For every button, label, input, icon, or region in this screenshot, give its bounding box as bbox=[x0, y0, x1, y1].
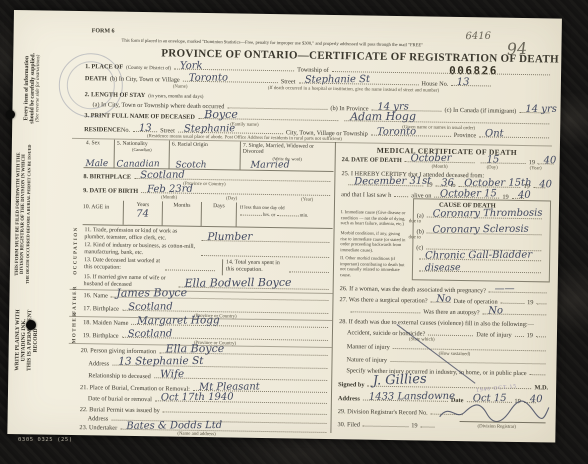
permit-address-label: Address bbox=[88, 415, 109, 422]
operation-condition-line bbox=[350, 311, 420, 313]
nineteen-prefix: 19 bbox=[411, 422, 417, 429]
city-label: (b) In City, Town or Village bbox=[110, 76, 180, 84]
last-worked-label: 13. Date deceased last worked at this oc… bbox=[84, 257, 162, 272]
age-months-cell: Months bbox=[163, 201, 202, 226]
trade-value: Plumber bbox=[207, 231, 252, 243]
other-conditions-note: II. Other morbid conditions (if importan… bbox=[340, 255, 406, 279]
total-years-label: 14. Total years spent in this occupation… bbox=[226, 259, 286, 274]
division-registrar-signature bbox=[438, 397, 550, 425]
nineteen-prefix: 19 bbox=[527, 332, 533, 339]
dob-value: Feb 23rd bbox=[147, 184, 193, 195]
given-name-value: Adam Hogg bbox=[350, 110, 416, 124]
residence-no-value: 13 bbox=[139, 123, 152, 134]
burial-date-value: Oct 17th 1940 bbox=[161, 392, 234, 404]
racial-origin-cell: 6. Racial Origin Scotch bbox=[170, 140, 241, 169]
field1-label: 1. PLACE OF bbox=[85, 63, 123, 71]
birthplace-value: Scotland bbox=[140, 170, 185, 181]
age-years-cell: Years 74 bbox=[123, 201, 163, 226]
due-to-label: due to bbox=[409, 219, 421, 224]
burial-date-label: Date of burial or removal bbox=[88, 395, 152, 403]
field1-label2: DEATH bbox=[85, 75, 107, 82]
age-note2: hrs. or bbox=[263, 213, 275, 218]
operation-value: No bbox=[436, 294, 451, 305]
grid-divider bbox=[222, 259, 223, 275]
margin-note-must-be-filed: THIS FORM MUST BE FILED FORTHWITH WITH T… bbox=[15, 138, 39, 290]
registrar-record-label: 29. Division Registrar's Record No. bbox=[338, 408, 428, 416]
residence-label: RESIDENCE bbox=[84, 126, 121, 134]
township-label: Township of bbox=[297, 66, 329, 73]
informant-address-label: Address bbox=[88, 360, 109, 367]
pregnancy-label: 26. If a woman, was the death associated… bbox=[340, 285, 486, 294]
nationality-cell: 5. Nationality (Canadian) Canadian bbox=[115, 140, 170, 169]
personal-grid: 4. Sex Male 5. Nationality (Canadian) Ca… bbox=[84, 139, 334, 172]
stay-canada-value: 14 yrs bbox=[525, 104, 557, 115]
industry-label: 12. Kind of industry or business, as cot… bbox=[84, 242, 198, 258]
dob-year-note: (Year) bbox=[301, 198, 313, 203]
residence-province-label: Province bbox=[454, 132, 476, 139]
cause-b-value: Coronary Sclerosis bbox=[433, 224, 529, 236]
death-year-value: 40 bbox=[544, 155, 557, 166]
punch-hole bbox=[6, 110, 15, 119]
punch-hole bbox=[26, 320, 36, 330]
undertaker-value: Bates & Dodds Ltd bbox=[126, 420, 222, 432]
undertaker-label: 23. Undertaker bbox=[79, 424, 117, 432]
cause-c-label: (c) bbox=[416, 244, 423, 251]
spouse-value: Ella Bodwell Boyce bbox=[185, 276, 292, 290]
father-birthplace-label: 17. Birthplace bbox=[83, 305, 119, 313]
injury-place-line bbox=[530, 374, 546, 375]
father-name-label: 16. Name bbox=[83, 292, 108, 299]
injury-date-label: Date of injury bbox=[476, 331, 511, 339]
autopsy-label: Was there an autopsy? bbox=[423, 308, 479, 316]
age-years-label: Years bbox=[137, 202, 150, 208]
racial-origin-label: 6. Racial Origin bbox=[172, 141, 208, 148]
injury-date-line bbox=[515, 336, 524, 337]
operation-label: 27. Was there a surgical operation? bbox=[339, 296, 427, 304]
age-note1: If less than one day old bbox=[240, 206, 285, 212]
nature-label: Nature of injury bbox=[346, 356, 387, 364]
morbid-conditions-note: Morbid conditions, if any, giving rise t… bbox=[340, 230, 406, 254]
margin-note-line: THE DEATH OCCURRED BEFORE A BURIAL PERMI… bbox=[25, 138, 32, 290]
family-name-value: Boyce bbox=[204, 108, 238, 121]
last-saw-label: and that I last saw h bbox=[341, 191, 391, 199]
permit-label: 22. Burial Permit was issued by bbox=[80, 406, 160, 414]
dod-month-note: (Month) bbox=[432, 165, 448, 170]
autopsy-value: No bbox=[488, 305, 503, 316]
age-note3: min. bbox=[300, 214, 309, 219]
occupation-side-label: OCCUPATION bbox=[73, 220, 79, 280]
age-grid: 10. AGE in Years 74 Months Days If less … bbox=[83, 200, 333, 229]
age-min-line bbox=[276, 215, 298, 216]
form-number-label: FORM 6 bbox=[92, 28, 115, 34]
physician-signature: J. Gillies bbox=[373, 372, 427, 389]
death-month-value: October bbox=[411, 153, 452, 164]
field3-label: 3. PRINT FULL NAME OF DECEASED bbox=[84, 112, 195, 121]
form-title: PROVINCE OF ONTARIO—CERTIFICATE OF REGIS… bbox=[161, 47, 559, 65]
dob-month-note: (Month) bbox=[161, 195, 177, 200]
sex-cell: 4. Sex Male bbox=[84, 139, 115, 167]
other-condition-value-2: disease bbox=[425, 262, 461, 273]
filed-label: 30. Filed bbox=[337, 421, 359, 428]
age-label: 10. AGE in bbox=[83, 200, 123, 225]
attended-from-year: 36 bbox=[441, 178, 454, 189]
microfilm-scan: { "film": { "code": "0305 0325 (25)", "p… bbox=[0, 0, 588, 464]
dob-label: 9. DATE OF BIRTH bbox=[83, 187, 138, 195]
nineteen-prefix: 19 bbox=[527, 299, 533, 306]
field2-label: 2. LENGTH OF STAY bbox=[85, 91, 146, 99]
marital-cell: 7. Single, Married, Widowed or Divorced … bbox=[241, 142, 334, 171]
nationality-label: 5. Nationality bbox=[117, 141, 148, 147]
trade-label: 11. Trade, profession or kind of work as… bbox=[84, 227, 198, 243]
city-value: Toronto bbox=[189, 72, 228, 83]
last-worked-line bbox=[165, 269, 215, 271]
name-note: (Name) bbox=[173, 85, 188, 90]
attended-to-value: October 15th bbox=[464, 178, 531, 190]
residence-city-value: Toronto bbox=[377, 126, 416, 137]
margin-note-line: (See reverse side for instructions) bbox=[35, 33, 42, 143]
birthplace-label: 8. BIRTHPLACE bbox=[83, 173, 131, 181]
undertaker-note: (Name and address) bbox=[177, 432, 215, 438]
age-days-cell: Days bbox=[202, 202, 237, 227]
field1-county-label: (County or District of) bbox=[126, 66, 171, 72]
death-certificate-form: Every item of information should be care… bbox=[7, 10, 562, 443]
total-years-line bbox=[289, 271, 329, 273]
stay-a-line bbox=[227, 107, 327, 110]
street-value: Stephanie St bbox=[304, 74, 369, 86]
margin-note-unfading-ink: WRITE PLAINLY WITH UNFADING INK. THIS IS… bbox=[14, 295, 47, 385]
mother-side-label: MOTHER bbox=[72, 307, 78, 347]
how-sustained-note: (How sustained) bbox=[439, 352, 471, 357]
residence-province-value: Ont bbox=[485, 128, 504, 139]
residence-street-value: Stephanie bbox=[184, 123, 235, 134]
informant-label: 20. Person giving information bbox=[81, 347, 157, 355]
attended-to-year: 40 bbox=[539, 179, 552, 190]
mother-name-label: 18. Maiden Name bbox=[83, 319, 128, 327]
house-no-value: 13 bbox=[457, 77, 470, 88]
informant-name-value: Ella Boyce bbox=[165, 342, 224, 356]
division-registrar-note: (Division Registrar) bbox=[477, 424, 516, 430]
filed-year-line bbox=[420, 426, 434, 427]
page-number-handwritten: 94 bbox=[506, 39, 527, 59]
dod-year-note: (Year) bbox=[530, 166, 542, 171]
signed-by-label: Signed by bbox=[338, 381, 365, 388]
physician-address-label: Address bbox=[338, 395, 360, 402]
external-causes-label: 28. If death was due to external causes … bbox=[339, 318, 534, 328]
immediate-cause-note: I. Immediate cause (Give disease or cond… bbox=[341, 209, 407, 227]
nationality-value: Canadian bbox=[116, 159, 159, 170]
pregnancy-value: —— bbox=[495, 283, 515, 294]
father-birthplace-value: Scotland bbox=[128, 301, 173, 312]
sex-value: Male bbox=[85, 159, 108, 170]
nature-line bbox=[390, 361, 545, 364]
penciled-number: 6416 bbox=[465, 31, 491, 42]
film-frame-code: 0305 0325 (25) bbox=[18, 437, 73, 443]
stay-c-label: (c) In Canada (if immigrant) bbox=[444, 107, 516, 115]
sex-label: 4. Sex bbox=[86, 140, 100, 146]
street-label: Street bbox=[281, 78, 296, 85]
age-hrs-line bbox=[240, 215, 262, 216]
mother-birthplace-value: Scotland bbox=[127, 328, 172, 339]
mother-birthplace-label: 19. Birthplace bbox=[83, 332, 119, 340]
father-name-value: James Boyce bbox=[117, 286, 188, 300]
md-suffix: M.D. bbox=[534, 384, 548, 391]
age-years-value: 74 bbox=[126, 209, 160, 221]
date-of-death-label: 24. DATE OF DEATH bbox=[342, 156, 402, 164]
dob-day-note: (Day) bbox=[226, 196, 237, 201]
informant-relationship-value: Wife bbox=[160, 368, 184, 380]
cause-a-value: Coronary Thrombosis bbox=[433, 208, 543, 220]
marital-label: 7. Single, Married, Widowed or Divorced bbox=[243, 143, 314, 156]
other-condition-value-1: Chronic Gall-Bladder bbox=[425, 250, 532, 262]
death-day-value: 15 bbox=[487, 154, 500, 165]
mother-name-value: Margaret Hogg bbox=[137, 314, 220, 327]
nationality-sub: (Canadian) bbox=[117, 147, 167, 153]
marital-value: Married bbox=[250, 160, 289, 171]
informant-relationship-label: Relationship to deceased bbox=[88, 372, 151, 380]
him-her-line bbox=[394, 196, 408, 197]
house-no-label: House No. bbox=[421, 80, 448, 87]
attended-from-value: December 31st bbox=[354, 176, 431, 188]
industry-line bbox=[201, 255, 329, 258]
field2-sub: (in years, months and days) bbox=[148, 94, 203, 100]
margin-note-supplied: Every item of information should be care… bbox=[23, 33, 51, 143]
injury-year-line bbox=[536, 336, 546, 337]
county-value: York bbox=[180, 60, 203, 71]
due-to-label: due to bbox=[408, 235, 420, 240]
informant-address-value: 13 Stephanie St bbox=[118, 355, 203, 368]
manner-label: Manner of injury bbox=[347, 343, 390, 351]
operation-year-line bbox=[536, 303, 546, 304]
filed-line bbox=[363, 426, 408, 428]
operation-date-line bbox=[501, 303, 525, 304]
age-hours-cell: If less than one day old hrs. or min. bbox=[237, 203, 333, 229]
permit-line bbox=[163, 411, 327, 415]
accident-line bbox=[428, 335, 473, 337]
residence-no-label: No. bbox=[121, 127, 130, 134]
manner-line bbox=[393, 348, 546, 351]
dod-day-note: (Day) bbox=[487, 165, 498, 170]
